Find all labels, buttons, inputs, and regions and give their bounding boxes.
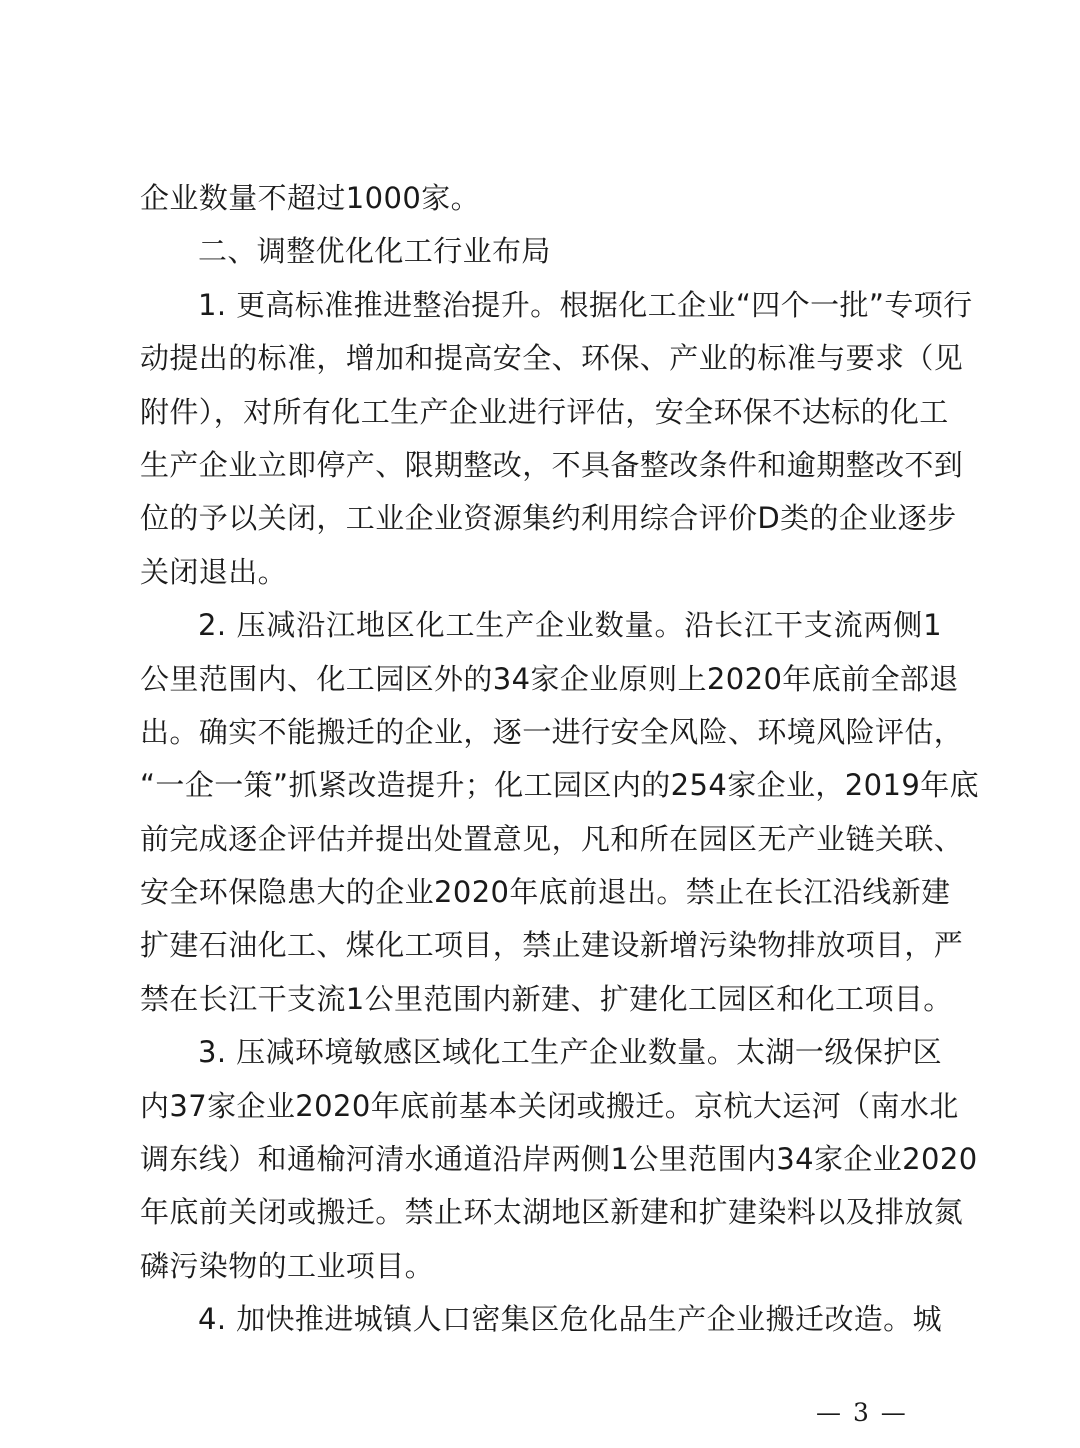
section-heading: 二、调整优化化工行业布局 [140,229,942,282]
text-line: 附件），对所有化工生产企业进行评估，安全环保不达标的化工 [140,390,942,443]
text-line: 生产企业立即停产、限期整改，不具备整改条件和逾期整改不到 [140,443,942,496]
text-line: 3. 压减环境敏感区域化工生产企业数量。太湖一级保护区 [140,1030,942,1083]
text-line: “一企一策”抓紧改造提升；化工园区内的254家企业，2019年底 [140,763,942,816]
text-line: 关闭退出。 [140,550,942,603]
text-line: 扩建石油化工、煤化工项目，禁止建设新增污染物排放项目，严 [140,923,942,976]
text-line: 公里范围内、化工园区外的34家企业原则上2020年底前全部退 [140,657,942,710]
text-line: 调东线）和通榆河清水通道沿岸两侧1公里范围内34家企业2020 [140,1137,942,1190]
text-line: 企业数量不超过1000家。 [140,176,942,229]
document-page: 企业数量不超过1000家。 二、调整优化化工行业布局 1. 更高标准推进整治提升… [0,0,1080,1448]
text-line: 1. 更高标准推进整治提升。根据化工企业“四个一批”专项行 [140,283,942,336]
text-line: 4. 加快推进城镇人口密集区危化品生产企业搬迁改造。城 [140,1297,942,1350]
text-line: 出。确实不能搬迁的企业，逐一进行安全风险、环境风险评估， [140,710,942,763]
text-line: 年底前关闭或搬迁。禁止环太湖地区新建和扩建染料以及排放氮 [140,1190,942,1243]
text-line: 前完成逐企评估并提出处置意见，凡和所在园区无产业链关联、 [140,817,942,870]
text-line: 安全环保隐患大的企业2020年底前退出。禁止在长江沿线新建 [140,870,942,923]
text-line: 位的予以关闭，工业企业资源集约利用综合评价D类的企业逐步 [140,496,942,549]
text-line: 内37家企业2020年底前基本关闭或搬迁。京杭大运河（南水北 [140,1084,942,1137]
text-line: 动提出的标准，增加和提高安全、环保、产业的标准与要求（见 [140,336,942,389]
page-number: — 3 — [816,1398,908,1427]
text-line: 禁在长江干支流1公里范围内新建、扩建化工园区和化工项目。 [140,977,942,1030]
document-body: 企业数量不超过1000家。 二、调整优化化工行业布局 1. 更高标准推进整治提升… [140,176,942,1351]
text-line: 磷污染物的工业项目。 [140,1244,942,1297]
text-line: 2. 压减沿江地区化工生产企业数量。沿长江干支流两侧1 [140,603,942,656]
